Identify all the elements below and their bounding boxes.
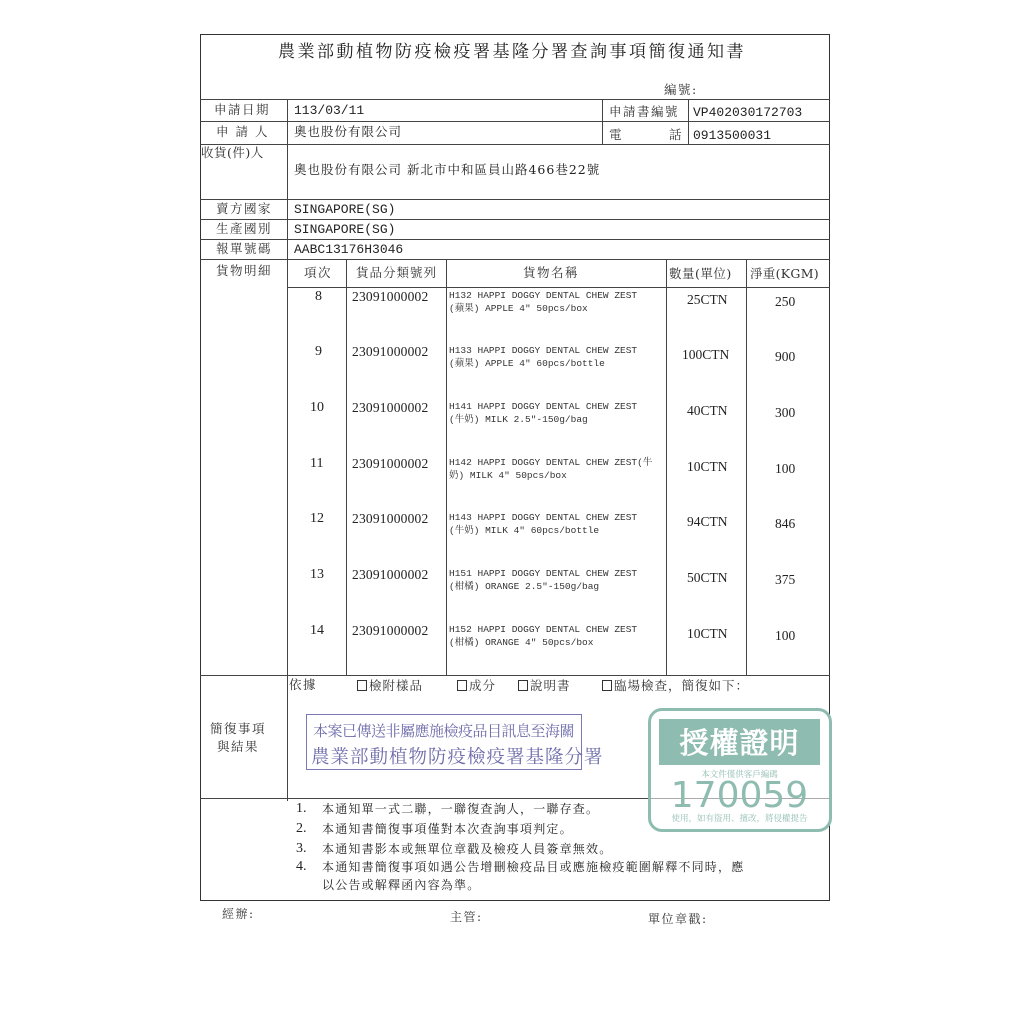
net-weight: 375 bbox=[775, 573, 795, 587]
hs-code: 23091000002 bbox=[352, 290, 428, 304]
watermark-footer: 使用，如有盜用、擅改，將侵權提告 bbox=[651, 812, 828, 824]
note-text: 本通知書簡復事項如遇公告增刪檢疫品目或應施檢疫範圍解釋不同時，應 bbox=[322, 861, 744, 873]
item-number: 8 bbox=[315, 290, 322, 304]
watermark-code: 170059 bbox=[651, 775, 828, 816]
checkbox-manual[interactable]: 說明書 bbox=[518, 680, 571, 693]
declaration-no-value: AABC13176H3046 bbox=[294, 243, 403, 256]
result-label-line2: 與結果 bbox=[217, 741, 259, 754]
stamp-line2: 農業部動植物防疫檢疫署基隆分署 bbox=[311, 743, 604, 769]
col-header-item: 項次 bbox=[304, 267, 332, 280]
divider bbox=[200, 239, 830, 240]
note-number: 3. bbox=[296, 842, 307, 856]
origin-country-value: SINGAPORE(SG) bbox=[294, 223, 395, 236]
basis-label: 依據 bbox=[289, 679, 317, 692]
divider bbox=[200, 219, 830, 220]
official-stamp: 本案已傳送非屬應施檢疫品目訊息至海關 農業部動植物防疫檢疫署基隆分署 bbox=[306, 714, 582, 770]
col-header-code: 貨品分類號列 bbox=[356, 267, 437, 280]
quantity: 25CTN bbox=[687, 293, 728, 307]
description-line1: H151 HAPPI DOGGY DENTAL CHEW ZEST bbox=[449, 567, 637, 580]
description-line2: (蘋果) APPLE 4" 60pcs/bottle bbox=[449, 357, 605, 370]
divider bbox=[200, 121, 830, 122]
serial-label: 編號: bbox=[664, 84, 698, 97]
description-line1: H132 HAPPI DOGGY DENTAL CHEW ZEST bbox=[449, 289, 637, 302]
checkbox-ingredients[interactable]: 成分 bbox=[457, 680, 496, 693]
divider bbox=[200, 259, 830, 260]
signature-handler: 經辦: bbox=[222, 908, 255, 920]
divider bbox=[200, 99, 830, 100]
net-weight: 250 bbox=[775, 295, 795, 309]
divider bbox=[446, 259, 447, 675]
document-title: 農業部動植物防疫檢疫署基隆分署查詢事項簡復通知書 bbox=[278, 44, 746, 61]
note-text-continued: 以公告或解釋函內容為準。 bbox=[322, 879, 480, 891]
result-label-line1: 簡復事項 bbox=[210, 723, 266, 736]
col-header-description: 貨物名稱 bbox=[523, 267, 579, 280]
divider bbox=[200, 144, 830, 145]
description-line2: (牛奶) MILK 2.5"-150g/bag bbox=[449, 413, 588, 426]
divider bbox=[200, 199, 830, 200]
quantity: 10CTN bbox=[687, 627, 728, 641]
apply-date-value: 113/03/11 bbox=[294, 104, 364, 117]
description-line2: (牛奶) MILK 4" 60pcs/bottle bbox=[449, 524, 599, 537]
quantity: 10CTN bbox=[687, 460, 728, 474]
description-line1: H152 HAPPI DOGGY DENTAL CHEW ZEST bbox=[449, 623, 637, 636]
item-number: 12 bbox=[310, 512, 324, 526]
declaration-no-label: 報單號碼 bbox=[216, 243, 272, 256]
item-number: 11 bbox=[310, 457, 323, 471]
hs-code: 23091000002 bbox=[352, 568, 428, 582]
application-no-value: VP402030172703 bbox=[693, 106, 802, 119]
quantity: 94CTN bbox=[687, 515, 728, 529]
checkbox-onsite-inspection[interactable]: 臨場檢查，簡復如下： bbox=[602, 680, 749, 693]
goods-section-label: 貨物明細 bbox=[216, 265, 272, 278]
item-number: 9 bbox=[315, 345, 322, 359]
col-header-weight: 淨重(KGM) bbox=[750, 268, 819, 281]
divider bbox=[287, 287, 830, 288]
consignee-label: 收貨(件)人 bbox=[201, 147, 264, 160]
applicant-value: 奧也股份有限公司 bbox=[294, 126, 402, 139]
note-number: 1. bbox=[296, 802, 307, 816]
origin-country-label: 生產國別 bbox=[216, 223, 272, 236]
net-weight: 100 bbox=[775, 629, 795, 643]
description-line1: H133 HAPPI DOGGY DENTAL CHEW ZEST bbox=[449, 344, 637, 357]
divider bbox=[688, 99, 689, 144]
net-weight: 900 bbox=[775, 350, 795, 364]
phone-label-a: 電 bbox=[609, 129, 623, 142]
note-text: 本通知書簡復事項僅對本次查詢事項判定。 bbox=[322, 823, 573, 835]
phone-value: 0913500031 bbox=[693, 129, 771, 142]
note-text: 本通知書影本或無單位章戳及檢疫人員簽章無效。 bbox=[322, 843, 612, 855]
checkbox-box[interactable] bbox=[457, 680, 467, 691]
quantity: 40CTN bbox=[687, 404, 728, 418]
divider bbox=[602, 99, 603, 144]
applicant-label: 申 請 人 bbox=[216, 126, 269, 139]
net-weight: 300 bbox=[775, 406, 795, 420]
quantity: 100CTN bbox=[682, 348, 729, 362]
description-line2: 奶) MILK 4" 50pcs/box bbox=[449, 469, 567, 482]
apply-date-label: 申請日期 bbox=[214, 104, 270, 117]
authorization-watermark: 授權證明 本文件僅供客戶編碼 170059 使用，如有盜用、擅改，將侵權提告 bbox=[648, 708, 832, 832]
net-weight: 846 bbox=[775, 517, 795, 531]
divider bbox=[346, 259, 347, 675]
hs-code: 23091000002 bbox=[352, 512, 428, 526]
net-weight: 100 bbox=[775, 462, 795, 476]
note-text: 本通知單一式二聯，一聯復查詢人，一聯存查。 bbox=[322, 803, 599, 815]
hs-code: 23091000002 bbox=[352, 345, 428, 359]
divider bbox=[666, 259, 667, 675]
item-number: 14 bbox=[310, 624, 324, 638]
quantity: 50CTN bbox=[687, 571, 728, 585]
hs-code: 23091000002 bbox=[352, 624, 428, 638]
item-number: 10 bbox=[310, 401, 324, 415]
description-line2: (蘋果) APPLE 4" 50pcs/box bbox=[449, 302, 588, 315]
consignee-value: 奧也股份有限公司 新北市中和區員山路466巷22號 bbox=[294, 164, 600, 177]
checkbox-box[interactable] bbox=[602, 680, 612, 691]
divider bbox=[287, 99, 288, 801]
seller-country-label: 賣方國家 bbox=[216, 203, 272, 216]
signature-supervisor: 主管: bbox=[450, 911, 483, 923]
hs-code: 23091000002 bbox=[352, 457, 428, 471]
seller-country-value: SINGAPORE(SG) bbox=[294, 203, 395, 216]
stamp-line1: 本案已傳送非屬應施檢疫品目訊息至海關 bbox=[313, 720, 574, 741]
note-number: 4. bbox=[296, 860, 307, 874]
checkbox-sample[interactable]: 檢附樣品 bbox=[357, 680, 423, 693]
divider bbox=[746, 259, 747, 675]
description-line1: H142 HAPPI DOGGY DENTAL CHEW ZEST(牛 bbox=[449, 456, 652, 469]
col-header-quantity: 數量(單位) bbox=[669, 268, 732, 281]
application-no-label: 申請書編號 bbox=[609, 106, 679, 119]
description-line2: (柑橘) ORANGE 2.5"-150g/bag bbox=[449, 580, 599, 593]
checkbox-box[interactable] bbox=[357, 680, 367, 691]
phone-label-b: 話 bbox=[669, 129, 683, 142]
hs-code: 23091000002 bbox=[352, 401, 428, 415]
divider bbox=[200, 675, 830, 676]
item-number: 13 bbox=[310, 568, 324, 582]
signature-unit-seal: 單位章戳: bbox=[648, 913, 708, 925]
checkbox-box[interactable] bbox=[518, 680, 528, 691]
watermark-heading: 授權證明 bbox=[659, 721, 820, 762]
note-number: 2. bbox=[296, 822, 307, 836]
description-line1: H141 HAPPI DOGGY DENTAL CHEW ZEST bbox=[449, 400, 637, 413]
description-line2: (柑橘) ORANGE 4" 50pcs/box bbox=[449, 636, 593, 649]
description-line1: H143 HAPPI DOGGY DENTAL CHEW ZEST bbox=[449, 511, 637, 524]
